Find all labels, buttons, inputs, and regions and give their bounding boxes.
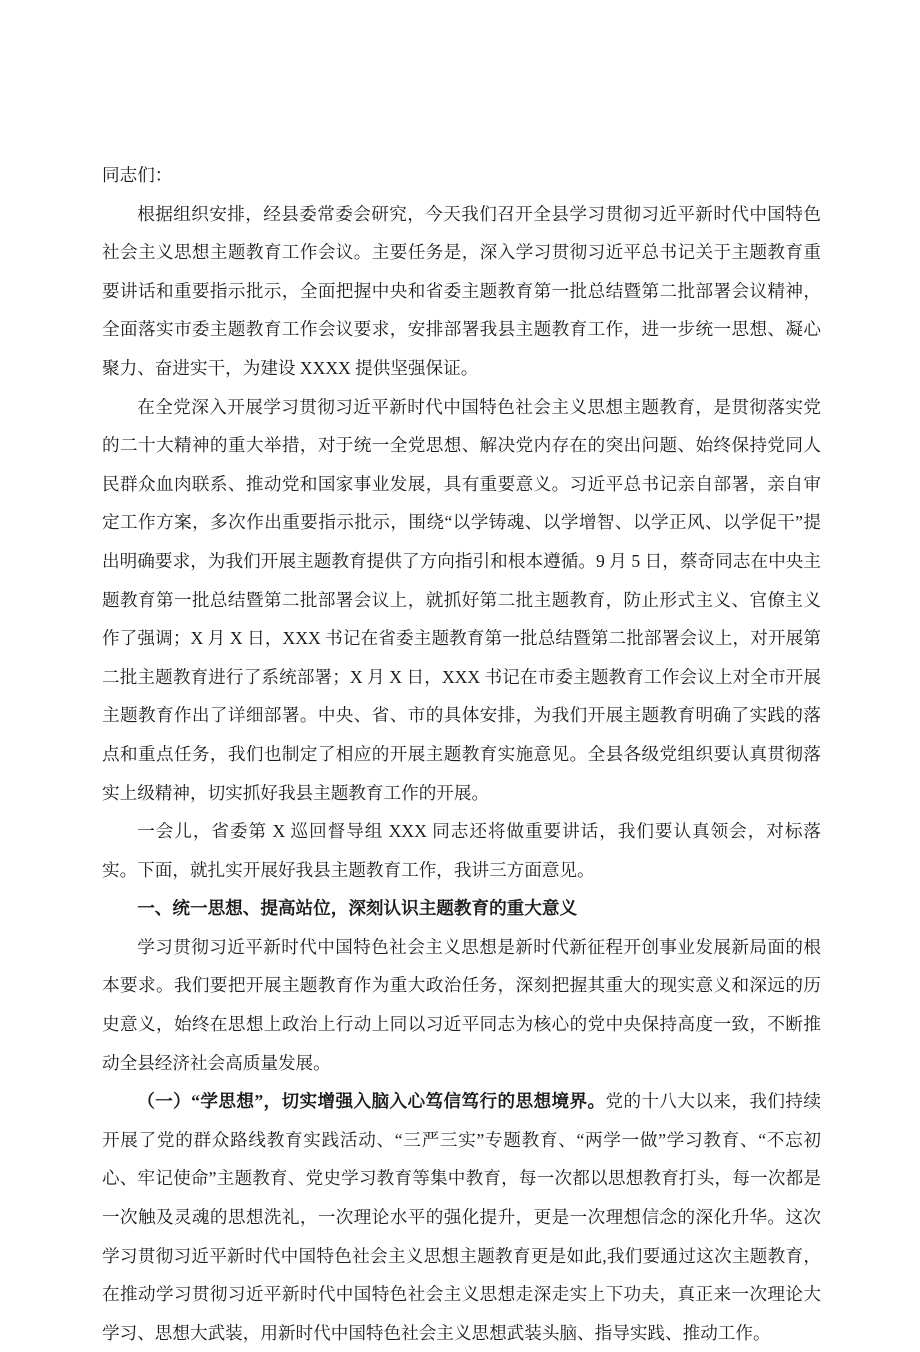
subsection-one-lead: （一）“学思想”，切实增强入脑入心笃信笃行的思想境界。 [137,1091,605,1111]
paragraph-opening: 根据组织安排，经县委常委会研究，今天我们召开全县学习贯彻习近平新时代中国特色社会… [102,195,821,388]
salutation: 同志们： [102,156,821,195]
paragraph-section-intro: 学习贯彻习近平新时代中国特色社会主义思想是新时代新征程开创事业发展新局面的根本要… [102,928,821,1082]
paragraph-significance: 在全党深入开展学习贯彻习近平新时代中国特色社会主义思想主题教育，是贯彻落实党的二… [102,388,821,813]
paragraph-subsection-one: （一）“学思想”，切实增强入脑入心笃信笃行的思想境界。党的十八大以来，我们持续开… [102,1082,821,1352]
paragraph-transition: 一会儿，省委第 X 巡回督导组 XXX 同志还将做重要讲话，我们要认真领会，对标… [102,812,821,889]
subsection-one-body: 党的十八大以来，我们持续开展了党的群众路线教育实践活动、“三严三实”专题教育、“… [102,1091,821,1343]
section-heading-one: 一、统一思想、提高站位，深刻认识主题教育的重大意义 [102,889,821,928]
document-page: 同志们： 根据组织安排，经县委常委会研究，今天我们召开全县学习贯彻习近平新时代中… [102,156,821,1352]
